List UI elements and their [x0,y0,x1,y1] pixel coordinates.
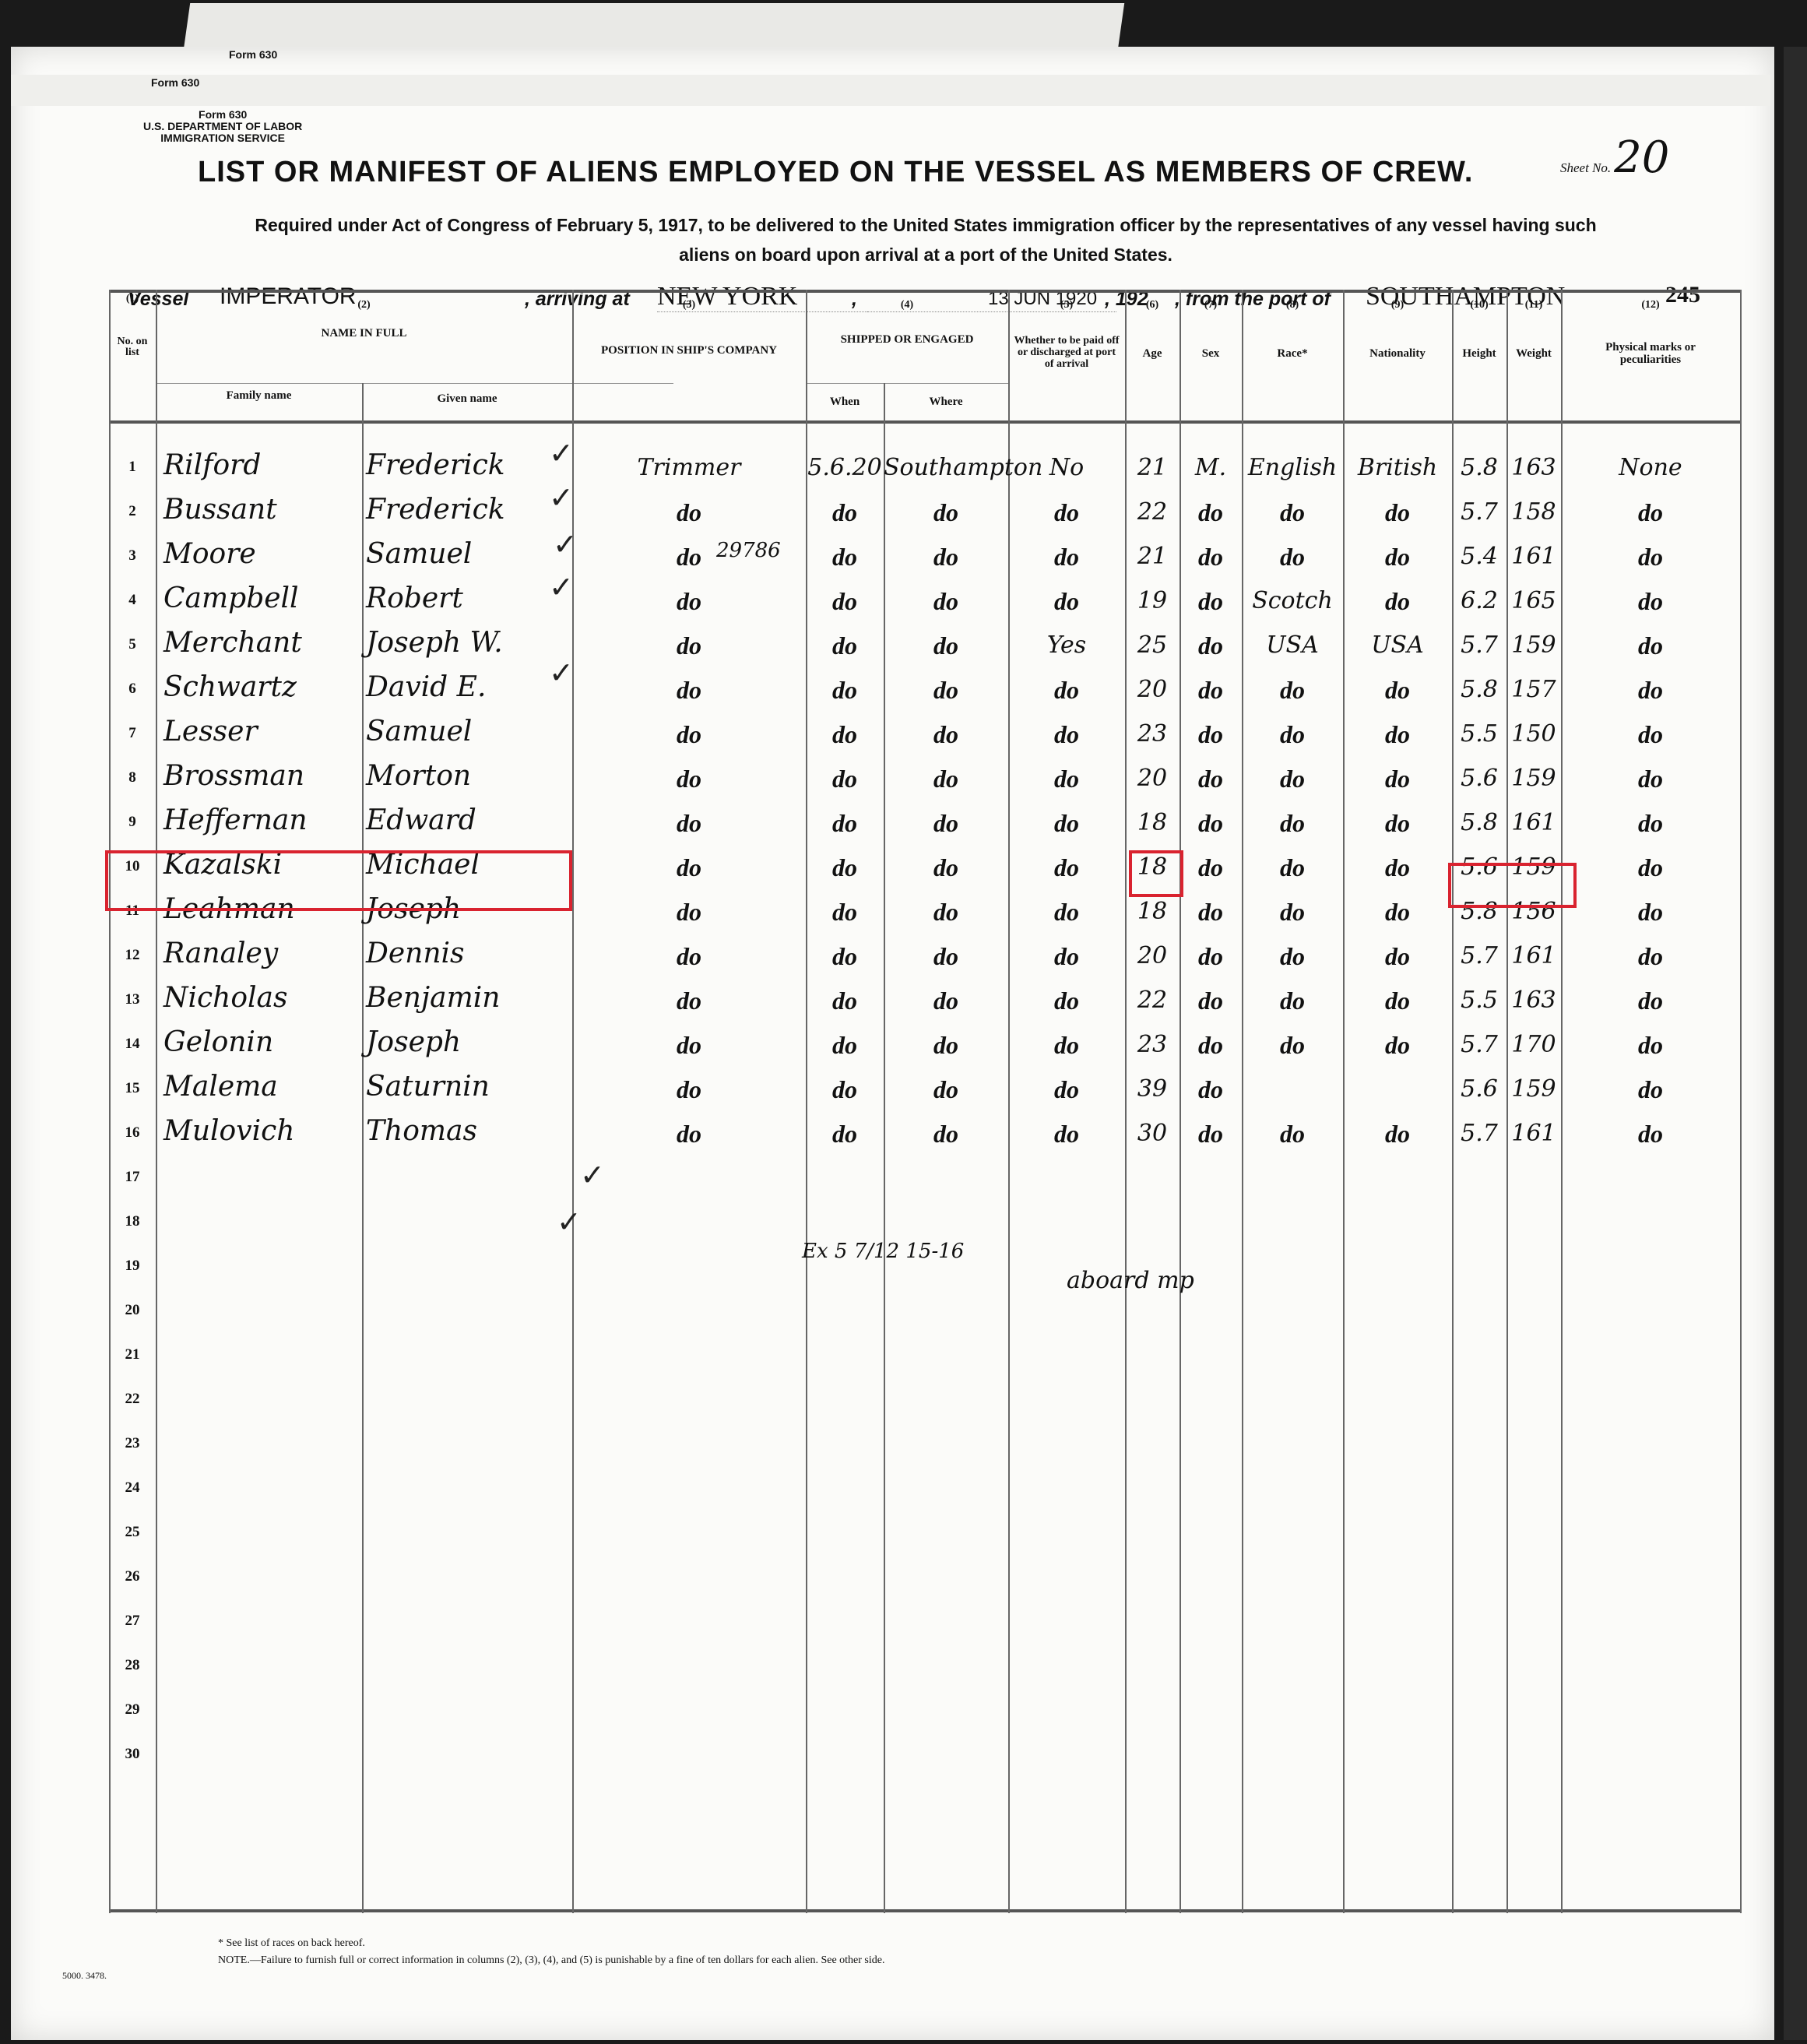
highlight-row-10-height-weight [1448,863,1577,908]
height-cell: 5.7 [1452,1031,1506,1058]
row-number: 2 [109,503,156,520]
col-rule [1343,290,1345,1913]
marks-cell: do [1561,543,1740,572]
weight-cell: 163 [1506,454,1561,481]
age-cell: 18 [1125,898,1179,925]
paid-off-cell: do [1008,1031,1125,1060]
race-cell: do [1242,853,1343,882]
nationality-cell: do [1343,587,1452,616]
shipped-when-cell: do [806,1075,884,1104]
race-cell: do [1242,809,1343,838]
row-number: 24 [109,1479,156,1497]
height-cell: 5.7 [1452,498,1506,526]
race-cell: English [1242,454,1343,481]
races-footnote: * See list of races on back hereof. [218,1935,884,1952]
position-cell: do [576,853,802,882]
header-paid-off: Whether to be paid off or discharged at … [1012,335,1121,370]
header-nationality: Nationality [1343,347,1452,360]
race-cell: do [1242,498,1343,527]
age-cell: 25 [1125,631,1179,659]
form-id: Form 630 [143,109,302,121]
weight-cell: 161 [1506,1120,1561,1147]
marks-cell: do [1561,809,1740,838]
row-number: 15 [109,1080,156,1097]
weight-cell: 161 [1506,942,1561,969]
age-cell: 20 [1125,676,1179,703]
age-cell: 39 [1125,1075,1179,1103]
attached-form-strip [11,75,1770,106]
shipped-where-cell: do [884,898,1008,927]
position-cell: do [576,631,802,660]
col-num-3: (3) [572,299,806,311]
marks-cell: do [1561,498,1740,527]
sex-cell: do [1179,498,1242,527]
header-height: Height [1452,347,1506,360]
height-cell: 5.8 [1452,676,1506,703]
col-rule [1242,290,1243,1913]
position-cell: do [576,809,802,838]
position-cell: do [576,987,802,1015]
position-cell: do [576,1031,802,1060]
shipped-when-cell: do [806,1120,884,1149]
race-cell: do [1242,543,1343,572]
age-cell: 22 [1125,987,1179,1014]
sex-cell: do [1179,1075,1242,1104]
marks-cell: do [1561,1075,1740,1104]
form-id-top: Form 630 [229,48,277,61]
row-number: 3 [109,547,156,565]
checkmark-icon: ✓ [557,1205,582,1239]
attached-form-tab [184,3,1124,50]
weight-cell: 159 [1506,1075,1561,1103]
table-bottom-rule [109,1909,1740,1912]
header-when: When [806,396,884,408]
nationality-cell: do [1343,853,1452,882]
position-cell: Trimmer [576,454,802,481]
given-name-cell: Morton [366,760,561,792]
manifest-table: (1) (2) (3) (4) (5) (6) (7) (8) (9) (10)… [109,290,1740,1913]
family-name-cell: Merchant [163,627,362,659]
row-number: 20 [109,1302,156,1319]
marks-cell: do [1561,1031,1740,1060]
sex-cell: do [1179,1120,1242,1149]
paid-off-cell: do [1008,942,1125,971]
row-number: 25 [109,1524,156,1541]
given-name-cell: Frederick [366,449,561,481]
col-num-2: (2) [156,299,572,311]
family-name-cell: Ranaley [163,938,362,969]
shipped-where-cell: do [884,498,1008,527]
marks-cell: do [1561,898,1740,927]
sex-cell: do [1179,587,1242,616]
family-name-cell: Heffernan [163,804,362,836]
nationality-cell: British [1343,454,1452,481]
required-line-2: aliens on board upon arrival at a port o… [128,240,1724,269]
height-cell: 5.4 [1452,543,1506,570]
sex-cell: do [1179,631,1242,660]
race-cell: do [1242,987,1343,1015]
shipped-when-cell: 5.6.20 [806,454,884,481]
weight-cell: 158 [1506,498,1561,526]
height-cell: 5.6 [1452,1075,1506,1103]
nationality-cell: do [1343,720,1452,749]
family-name-cell: Rilford [163,449,362,481]
given-name-cell: Robert [366,582,561,614]
header-family-name: Family name [156,389,362,402]
sex-cell: do [1179,809,1242,838]
sex-cell: do [1179,676,1242,705]
shipped-where-cell: do [884,1031,1008,1060]
paid-off-cell: do [1008,498,1125,527]
given-name-cell: Samuel [366,538,561,570]
header-marks: Physical marks or peculiarities [1584,341,1717,366]
weight-cell: 150 [1506,720,1561,748]
row-number: 12 [109,947,156,964]
height-cell: 5.8 [1452,809,1506,836]
row-number: 5 [109,636,156,653]
sex-cell: do [1179,765,1242,793]
shipped-where-cell: do [884,543,1008,572]
shipped-when-cell: do [806,765,884,793]
checkmark-icon: ✓ [553,527,578,561]
row3-annotation: 29786 [716,539,781,562]
position-cell: do [576,720,802,749]
row-number: 9 [109,814,156,831]
header-race: Race* [1242,347,1343,360]
position-cell: do [576,587,802,616]
weight-cell: 159 [1506,765,1561,792]
required-statement: Required under Act of Congress of Februa… [128,210,1724,269]
marks-cell: do [1561,676,1740,705]
given-name-cell: Samuel [366,716,561,748]
race-cell: do [1242,676,1343,705]
row-number: 6 [109,681,156,698]
nationality-cell: do [1343,543,1452,572]
height-cell: 5.6 [1452,765,1506,792]
height-cell: 5.5 [1452,720,1506,748]
family-name-cell: Schwartz [163,671,362,703]
binding-edge [1784,47,1807,2040]
nationality-cell: do [1343,676,1452,705]
age-cell: 23 [1125,720,1179,748]
age-cell: 18 [1125,809,1179,836]
row-number: 27 [109,1613,156,1630]
name-subheader-rule [156,383,673,384]
paid-off-cell: do [1008,676,1125,705]
col-rule [156,290,157,1913]
page-title: LIST OR MANIFEST OF ALIENS EMPLOYED ON T… [198,156,1473,189]
paid-off-cell: do [1008,765,1125,793]
given-name-cell: Frederick [366,494,561,526]
paid-off-cell: do [1008,809,1125,838]
shipped-where-cell: do [884,765,1008,793]
paid-off-cell: do [1008,1075,1125,1104]
nationality-cell: do [1343,809,1452,838]
given-name-cell: Thomas [366,1115,561,1147]
marks-cell: do [1561,853,1740,882]
header-sex: Sex [1179,347,1242,360]
marks-cell: do [1561,720,1740,749]
col-rule [1740,290,1742,1913]
given-name-cell: David E. [366,671,561,703]
paid-off-cell: do [1008,853,1125,882]
weight-cell: 163 [1506,987,1561,1014]
family-name-cell: Mulovich [163,1115,362,1147]
highlight-row-10-name [105,850,572,911]
shipped-when-cell: do [806,676,884,705]
checkmark-icon: ✓ [549,480,574,515]
age-cell: 21 [1125,454,1179,481]
row-number: 21 [109,1346,156,1363]
col-num-8: (8) [1242,299,1343,311]
age-cell: 30 [1125,1120,1179,1147]
header-name-in-full: NAME IN FULL [156,327,572,339]
race-cell: do [1242,942,1343,971]
col-num-11: (11) [1506,299,1561,311]
marks-cell: do [1561,587,1740,616]
header-no-on-list: No. on list [111,336,154,358]
position-cell: do [576,1120,802,1149]
row-number: 16 [109,1124,156,1142]
shipped-where-cell: do [884,676,1008,705]
sex-cell: do [1179,543,1242,572]
height-cell: 5.7 [1452,1120,1506,1147]
row-number: 18 [109,1213,156,1230]
family-name-cell: Campbell [163,582,362,614]
position-cell: do [576,898,802,927]
shipped-where-cell: do [884,587,1008,616]
race-cell: do [1242,1031,1343,1060]
row-number: 19 [109,1258,156,1275]
col-num-4: (4) [806,299,1008,311]
weight-cell: 165 [1506,587,1561,614]
marks-cell: do [1561,942,1740,971]
col-num-1: (1) [109,293,156,305]
shipped-where-cell: do [884,1120,1008,1149]
header-age: Age [1125,347,1179,360]
paid-off-cell: do [1008,1120,1125,1149]
row-number: 17 [109,1169,156,1186]
col-num-5: (5) [1008,299,1125,311]
shipped-when-cell: do [806,809,884,838]
shipped-when-cell: do [806,498,884,527]
header-shipped-engaged: SHIPPED OR ENGAGED [806,333,1008,346]
marks-cell: do [1561,1120,1740,1149]
paid-off-cell: do [1008,898,1125,927]
race-cell: do [1242,1120,1343,1149]
sex-cell: do [1179,1031,1242,1060]
col-num-12: (12) [1561,299,1740,311]
race-cell: do [1242,720,1343,749]
row-number: 7 [109,725,156,742]
family-name-cell: Moore [163,538,362,570]
sheet-label: Sheet No. [1560,160,1611,175]
nationality-cell: do [1343,765,1452,793]
row-number: 23 [109,1435,156,1452]
shipped-when-cell: do [806,631,884,660]
nationality-cell: do [1343,498,1452,527]
position-cell: do [576,676,802,705]
form-id-middle: Form 630 [151,76,199,89]
family-name-cell: Nicholas [163,982,362,1014]
paid-off-cell: do [1008,987,1125,1015]
family-name-cell: Bussant [163,494,362,526]
marks-cell: do [1561,765,1740,793]
col-rule [362,383,364,1913]
shipped-where-cell: do [884,1075,1008,1104]
paid-off-cell: No [1008,454,1125,481]
family-name-cell: Malema [163,1071,362,1103]
shipped-where-cell: do [884,987,1008,1015]
sheet-number-value: 20 [1614,132,1669,183]
race-cell: do [1242,765,1343,793]
ex-annotation: Ex 5 7/12 15-16 [802,1240,964,1263]
checkmark-icon: ✓ [580,1158,605,1192]
shipped-when-cell: do [806,853,884,882]
position-cell: do [576,498,802,527]
weight-cell: 170 [1506,1031,1561,1058]
marks-cell: do [1561,987,1740,1015]
shipped-when-cell: do [806,720,884,749]
sex-cell: do [1179,853,1242,882]
marks-cell: None [1561,454,1740,481]
position-cell: do [576,1075,802,1104]
required-line-1: Required under Act of Congress of Februa… [128,210,1724,240]
position-cell: do [576,942,802,971]
shipped-where-cell: Southampton [884,454,1008,481]
col-num-10: (10) [1452,299,1506,311]
aboard-annotation: aboard mp [1067,1267,1194,1294]
header-position: POSITION IN SHIP'S COMPANY [572,344,806,357]
shipped-when-cell: do [806,987,884,1015]
paid-off-cell: do [1008,720,1125,749]
height-cell: 6.2 [1452,587,1506,614]
header-weight: Weight [1506,347,1561,360]
row-number: 26 [109,1568,156,1585]
weight-cell: 161 [1506,809,1561,836]
row-number: 13 [109,991,156,1008]
highlight-row-10-age [1129,850,1183,897]
given-name-cell: Saturnin [366,1071,561,1103]
sex-cell: M. [1179,454,1242,481]
nationality-cell: do [1343,898,1452,927]
checkmark-icon: ✓ [549,656,574,690]
row-number: 8 [109,769,156,786]
given-name-cell: Edward [366,804,561,836]
given-name-cell: Joseph [366,1026,561,1058]
shipped-when-cell: do [806,942,884,971]
age-cell: 20 [1125,765,1179,792]
row-number: 4 [109,592,156,609]
sex-cell: do [1179,942,1242,971]
given-name-cell: Joseph W. [366,627,561,659]
age-cell: 21 [1125,543,1179,570]
shipped-when-cell: do [806,1031,884,1060]
height-cell: 5.7 [1452,631,1506,659]
age-cell: 20 [1125,942,1179,969]
age-cell: 23 [1125,1031,1179,1058]
shipped-where-cell: do [884,942,1008,971]
family-name-cell: Gelonin [163,1026,362,1058]
paid-off-cell: do [1008,543,1125,572]
row-number: 22 [109,1391,156,1408]
row-number: 28 [109,1657,156,1674]
print-code: 5000. 3478. [62,1970,107,1982]
position-cell: do [576,765,802,793]
row-number: 30 [109,1746,156,1763]
checkmark-icon: ✓ [549,436,574,470]
height-cell: 5.8 [1452,454,1506,481]
shipped-when-cell: do [806,587,884,616]
penalty-note: NOTE.—Failure to furnish full or correct… [218,1952,884,1969]
given-name-cell: Benjamin [366,982,561,1014]
sex-cell: do [1179,898,1242,927]
shipped-where-cell: do [884,631,1008,660]
marks-cell: do [1561,631,1740,660]
sex-cell: do [1179,720,1242,749]
weight-cell: 159 [1506,631,1561,659]
nationality-cell: do [1343,987,1452,1015]
row-number: 14 [109,1036,156,1053]
height-cell: 5.5 [1452,987,1506,1014]
paid-off-cell: do [1008,587,1125,616]
race-cell: USA [1242,631,1343,659]
header-where: Where [884,396,1008,408]
sheet-number: Sheet No.20 [1560,132,1669,183]
shipped-where-cell: do [884,720,1008,749]
nationality-cell: do [1343,1031,1452,1060]
shipped-when-cell: do [806,543,884,572]
checkmark-icon: ✓ [549,570,574,604]
sex-cell: do [1179,987,1242,1015]
footnotes: * See list of races on back hereof. NOTE… [218,1935,884,1969]
height-cell: 5.7 [1452,942,1506,969]
family-name-cell: Lesser [163,716,362,748]
given-name-cell: Dennis [366,938,561,969]
paid-off-cell: Yes [1008,631,1125,659]
col-num-9: (9) [1343,299,1452,311]
shipped-where-cell: do [884,809,1008,838]
shipped-subheader-rule [806,383,1008,384]
service: IMMIGRATION SERVICE [143,132,302,144]
shipped-when-cell: do [806,898,884,927]
department: U.S. DEPARTMENT OF LABOR [143,121,302,132]
race-cell: Scotch [1242,587,1343,614]
header-bottom-rule [109,420,1740,424]
race-cell: do [1242,898,1343,927]
header-given-name: Given name [362,392,572,405]
age-cell: 19 [1125,587,1179,614]
nationality-cell: do [1343,942,1452,971]
form-id-block: Form 630 U.S. DEPARTMENT OF LABOR IMMIGR… [143,109,302,144]
col-num-6: (6) [1125,299,1179,311]
family-name-cell: Brossman [163,760,362,792]
age-cell: 22 [1125,498,1179,526]
weight-cell: 161 [1506,543,1561,570]
nationality-cell: USA [1343,631,1452,659]
row-number: 1 [109,459,156,476]
nationality-cell: do [1343,1120,1452,1149]
shipped-where-cell: do [884,853,1008,882]
row-number: 29 [109,1701,156,1719]
table-top-rule [109,290,1740,293]
weight-cell: 157 [1506,676,1561,703]
col-num-7: (7) [1179,299,1242,311]
